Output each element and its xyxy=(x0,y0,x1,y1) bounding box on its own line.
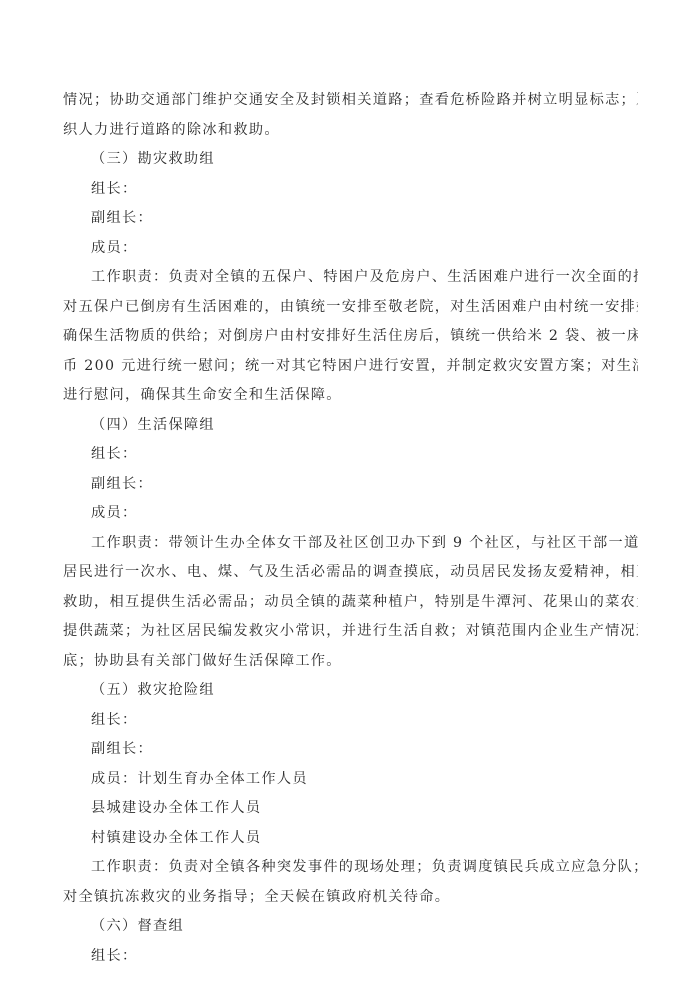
duties-paragraph-line: 工作职责：负责对全镇各种突发事件的现场处理；负责调度镇民兵成立应急分队；负责 xyxy=(63,853,638,883)
duties-paragraph-line: 进行慰问，确保其生命安全和生活保障。 xyxy=(63,381,638,411)
section-heading-5: （五）救灾抢险组 xyxy=(63,676,638,706)
duties-paragraph-line: 对全镇抗冻救灾的业务指导；全天候在镇政府机关待命。 xyxy=(63,883,638,913)
field-leader: 组长： xyxy=(63,440,638,470)
field-members-cont: 村镇建设办全体工作人员 xyxy=(63,824,638,854)
field-leader: 组长： xyxy=(63,706,638,736)
field-deputy-leader: 副组长： xyxy=(63,470,638,500)
field-members: 成员： xyxy=(63,499,638,529)
duties-paragraph-line: 对五保户已倒房有生活困难的，由镇统一安排至敬老院，对生活困难户由村统一安排好，并 xyxy=(63,293,638,323)
field-leader: 组长： xyxy=(63,175,638,205)
duties-paragraph-line: 救助，相互提供生活必需品；动员全镇的蔬菜种植户，特别是牛潭河、花果山的菜农为县城 xyxy=(63,588,638,618)
duties-paragraph-line: 工作职责：带领计生办全体女干部及社区创卫办下到 9 个社区，与社区干部一道对全镇 xyxy=(63,529,638,559)
document-page: 情况；协助交通部门维护交通安全及封锁相关道路；查看危桥险路并树立明显标志；及时组… xyxy=(63,86,638,971)
field-deputy-leader: 副组长： xyxy=(63,735,638,765)
field-members: 成员：计划生育办全体工作人员 xyxy=(63,765,638,795)
field-members-cont: 县城建设办全体工作人员 xyxy=(63,794,638,824)
paragraph-line: 情况；协助交通部门维护交通安全及封锁相关道路；查看危桥险路并树立明显标志；及时组 xyxy=(63,86,638,116)
paragraph-line: 织人力进行道路的除冰和救助。 xyxy=(63,116,638,146)
section-heading-4: （四）生活保障组 xyxy=(63,411,638,441)
section-heading-3: （三）勘灾救助组 xyxy=(63,145,638,175)
duties-paragraph-line: 币 200 元进行统一慰问；统一对其它特困户进行安置，并制定救灾安置方案；对生活… xyxy=(63,352,638,382)
field-deputy-leader: 副组长： xyxy=(63,204,638,234)
section-heading-6: （六）督查组 xyxy=(63,912,638,942)
field-members: 成员： xyxy=(63,234,638,264)
duties-paragraph-line: 居民进行一次水、电、煤、气及生活必需品的调查摸底，动员居民发扬友爱精神，相互提供 xyxy=(63,558,638,588)
duties-paragraph-line: 确保生活物质的供给；对倒房户由村安排好生活住房后，镇统一供给米 2 袋、被一床、… xyxy=(63,322,638,352)
duties-paragraph-line: 底；协助县有关部门做好生活保障工作。 xyxy=(63,647,638,677)
duties-paragraph-line: 提供蔬菜；为社区居民编发救灾小常识，并进行生活自救；对镇范围内企业生产情况进行摸 xyxy=(63,617,638,647)
duties-paragraph-line: 工作职责：负责对全镇的五保户、特困户及危房户、生活困难户进行一次全面的排查； xyxy=(63,263,638,293)
field-leader: 组长： xyxy=(63,942,638,972)
